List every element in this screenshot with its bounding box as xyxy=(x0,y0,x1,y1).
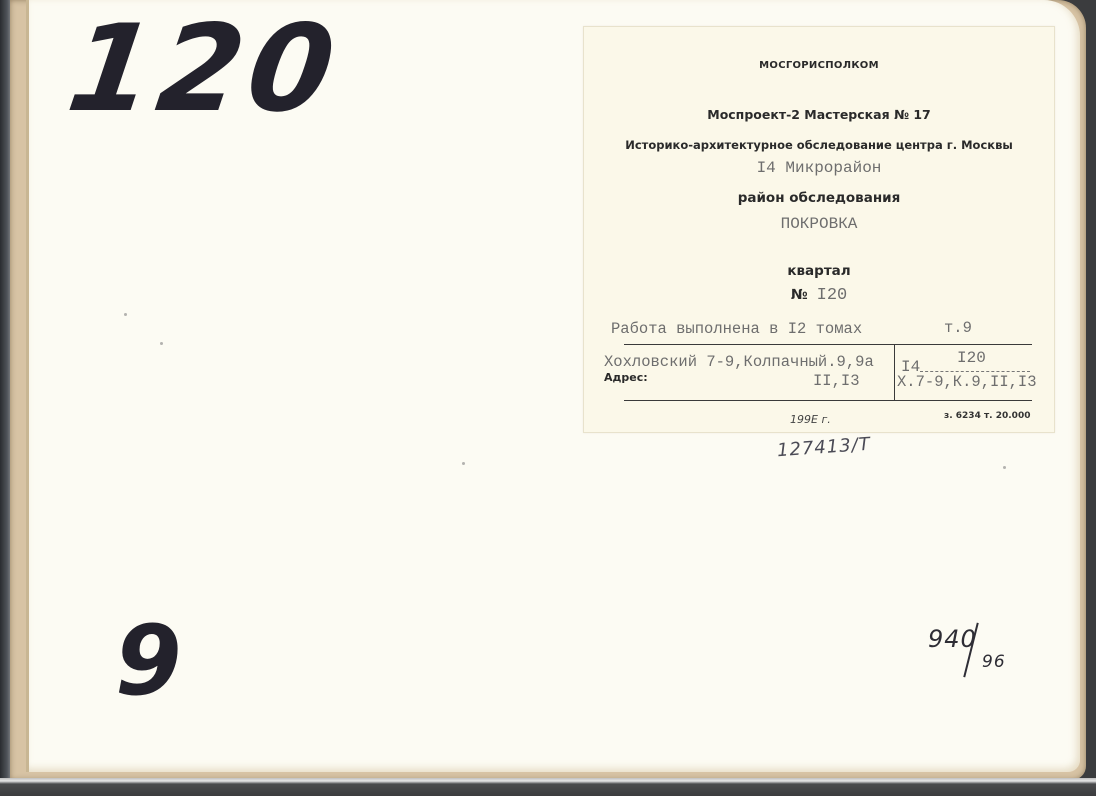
block-caption: квартал xyxy=(584,263,1054,279)
paper-speck xyxy=(160,342,163,345)
scanner-bottom-edge xyxy=(0,778,1096,796)
divider-vertical xyxy=(894,345,895,400)
divider-bottom xyxy=(624,400,1032,401)
page-edge xyxy=(26,0,29,772)
handwritten-block-number: 120 xyxy=(60,0,348,139)
inventory-year: 96 xyxy=(982,652,1006,672)
code-block: I20 xyxy=(957,349,986,367)
microdistrict: I4 Микрорайон xyxy=(584,159,1054,177)
survey-title: Историко-архитектурное обследование цент… xyxy=(584,138,1054,152)
area-name: ПОКРОВКА xyxy=(584,215,1054,233)
print-run: з. 6234 т. 20.000 xyxy=(944,411,1030,421)
handwritten-volume-number: 9 xyxy=(115,605,188,717)
block-number: I20 xyxy=(817,286,848,305)
work-statement: Работа выполнена в I2 томах xyxy=(611,320,862,338)
catalog-label: МОСГОРИСПОЛКОМ Моспроект-2 Мастерская № … xyxy=(583,26,1055,433)
year-note: 199Е г. xyxy=(790,413,831,426)
paper-speck xyxy=(462,462,465,465)
code-address: Х.7-9,К.9,II,I3 xyxy=(897,373,1037,391)
paper-speck xyxy=(1003,466,1006,469)
organization-name: МОСГОРИСПОЛКОМ xyxy=(584,60,1054,71)
volume-number: т.9 xyxy=(944,319,972,337)
area-caption: район обследования xyxy=(584,190,1054,206)
block-number-line: № I20 xyxy=(584,286,1054,305)
number-sign: № xyxy=(791,287,808,303)
divider-top xyxy=(624,344,1032,345)
code-dash-line xyxy=(920,371,1030,372)
address-line-2: II,I3 xyxy=(813,372,860,390)
address-caption: Адрес: xyxy=(604,371,648,384)
paper-speck xyxy=(124,313,127,316)
address-line-1: Хохловский 7-9,Колпачный.9,9а xyxy=(604,353,874,371)
department-name: Моспроект-2 Мастерская № 17 xyxy=(584,107,1054,122)
